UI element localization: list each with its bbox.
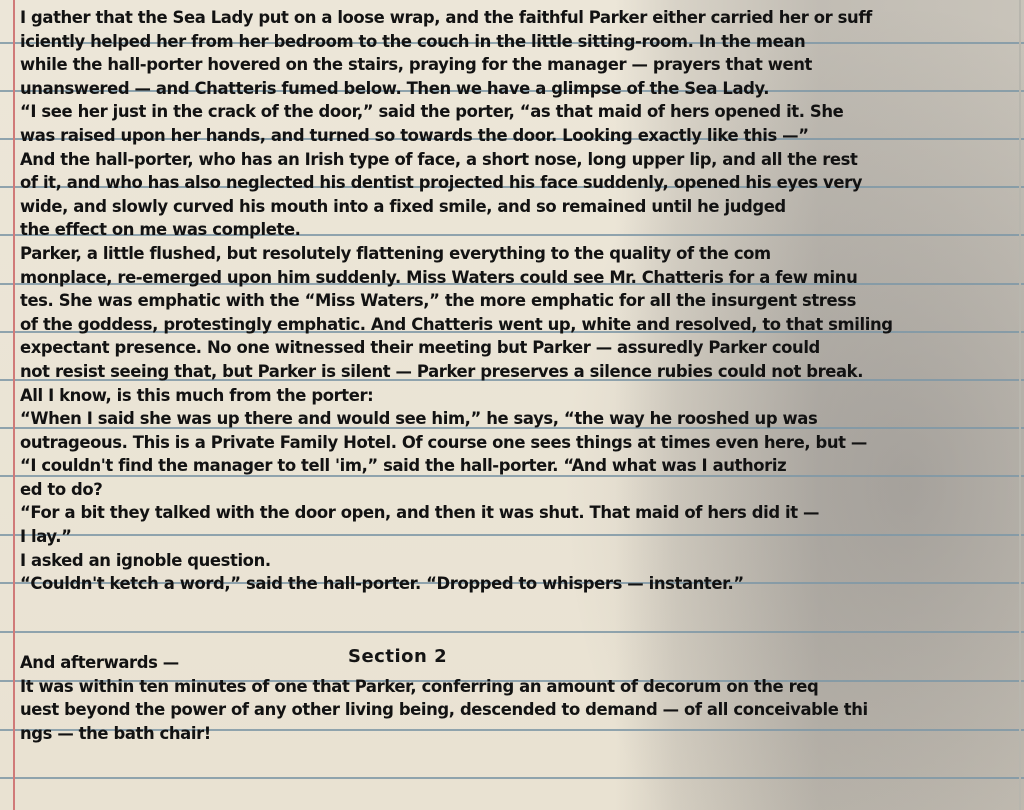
text-line: I lay.” xyxy=(20,525,1015,549)
text-line: “Couldn't ketch a word,” said the hall-p… xyxy=(20,572,1015,596)
text-line: Parker, a little flushed, but resolutely… xyxy=(20,242,1015,266)
text-line: expectant presence. No one witnessed the… xyxy=(20,336,1015,360)
text-line: unanswered — and Chatteris fumed below. … xyxy=(20,77,1015,101)
text-line: was raised upon her hands, and turned so… xyxy=(20,124,1015,148)
text-line: of the goddess, protestingly emphatic. A… xyxy=(20,313,1015,337)
text-line: All I know, is this much from the porter… xyxy=(20,384,1015,408)
text-line: the effect on me was complete. xyxy=(20,218,1015,242)
text-line: iciently helped her from her bedroom to … xyxy=(20,30,1015,54)
text-line: monplace, re-emerged upon him suddenly. … xyxy=(20,266,1015,290)
margin-line xyxy=(13,0,15,810)
text-line: tes. She was emphatic with the “Miss Wat… xyxy=(20,289,1015,313)
text-line: “For a bit they talked with the door ope… xyxy=(20,501,1015,525)
text-line: of it, and who has also neglected his de… xyxy=(20,171,1015,195)
text-line: uest beyond the power of any other livin… xyxy=(20,698,1015,722)
text-line: “When I said she was up there and would … xyxy=(20,407,1015,431)
text-line: outrageous. This is a Private Family Hot… xyxy=(20,431,1015,455)
text-line: ed to do? xyxy=(20,478,1015,502)
text-line: not resist seeing that, but Parker is si… xyxy=(20,360,1015,384)
text-line: And the hall-porter, who has an Irish ty… xyxy=(20,148,1015,172)
text-line: “I couldn't find the manager to tell 'im… xyxy=(20,454,1015,478)
text-line: wide, and slowly curved his mouth into a… xyxy=(20,195,1015,219)
text-line: ngs — the bath chair! xyxy=(20,722,1015,746)
text-line: while the hall-porter hovered on the sta… xyxy=(20,53,1015,77)
section-heading: Section 2 xyxy=(348,646,447,667)
text-line: And afterwards — xyxy=(20,651,1015,675)
text-line: I gather that the Sea Lady put on a loos… xyxy=(20,6,1015,30)
text-line: It was within ten minutes of one that Pa… xyxy=(20,675,1015,699)
text-line: “I see her just in the crack of the door… xyxy=(20,100,1015,124)
text-line: I asked an ignoble question. xyxy=(20,549,1015,573)
handwritten-text: I gather that the Sea Lady put on a loos… xyxy=(20,6,1020,745)
